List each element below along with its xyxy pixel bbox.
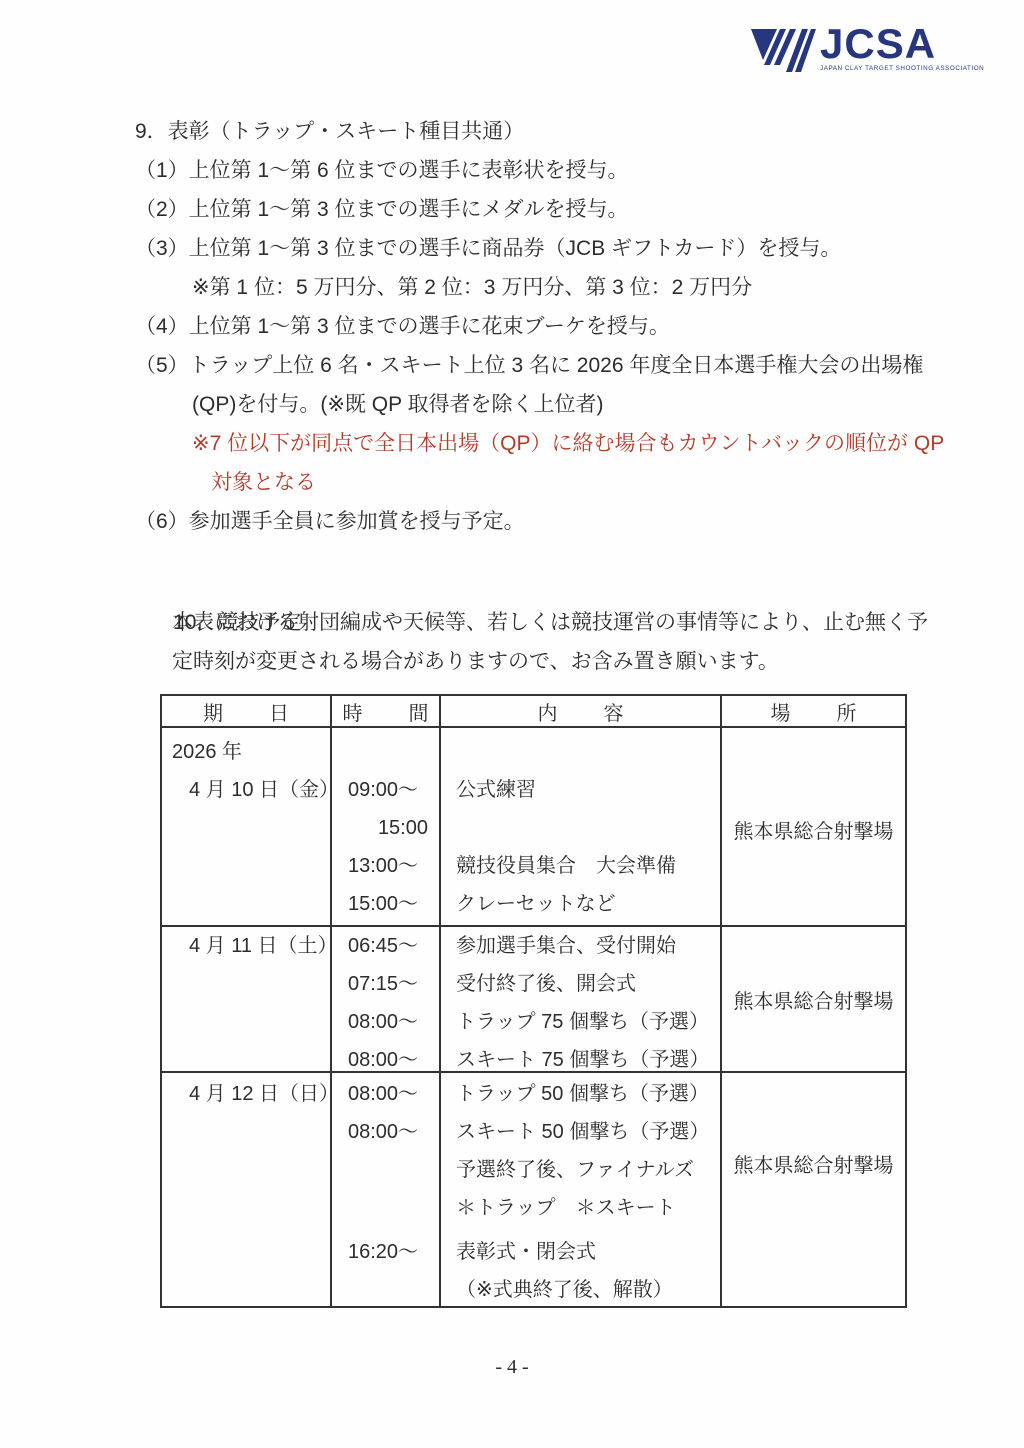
section-9-item-2: （2）上位第 1～第 3 位までの選手にメダルを授与。	[0, 190, 1024, 229]
time-line: 15:00	[332, 809, 439, 847]
time-line: 06:45～	[332, 927, 439, 965]
place-cell: 熊本県総合射撃場	[722, 1073, 905, 1306]
time-line: 08:00～	[332, 1041, 439, 1071]
section-10-heading-line: 10.競技予定	[0, 564, 1024, 603]
place-label: 熊本県総合射撃場	[734, 1149, 894, 1178]
place-cell: 熊本県総合射撃場	[722, 728, 905, 925]
page-number: - 4 -	[0, 1356, 1024, 1379]
content-line: 参加選手集合、受付開始	[441, 927, 720, 965]
date-line: 4 月 10 日（金）	[162, 771, 330, 809]
time-line: 13:00～	[332, 847, 439, 885]
section-9-item-6: （6）参加選手全員に参加賞を授与予定。	[0, 502, 1024, 541]
content-cell: 公式練習 競技役員集合 大会準備 クレーセットなど	[441, 728, 722, 925]
time-line	[332, 733, 439, 771]
table-header-content: 内 容	[441, 696, 722, 726]
time-cell: 08:00～ 08:00～ 16:20～	[332, 1073, 441, 1306]
content-line	[441, 733, 720, 771]
time-line: 08:00～	[332, 1003, 439, 1041]
date-cell: 2026 年 4 月 10 日（金）	[162, 728, 332, 925]
content-cell: トラップ 50 個撃ち（予選） スキート 50 個撃ち（予選） 予選終了後、ファ…	[441, 1073, 722, 1306]
jcsa-logo: JCSA JAPAN CLAY TARGET SHOOTING ASSOCIAT…	[750, 24, 984, 80]
document-page: JCSA JAPAN CLAY TARGET SHOOTING ASSOCIAT…	[0, 0, 1024, 1448]
time-line: 15:00～	[332, 885, 439, 923]
place-cell: 熊本県総合射撃場	[722, 927, 905, 1071]
section-9-item-1: （1）上位第 1～第 6 位までの選手に表彰状を授与。	[0, 151, 1024, 190]
content-line: 競技役員集合 大会準備	[441, 847, 720, 885]
content-line: スキート 75 個撃ち（予選）	[441, 1041, 720, 1071]
document-content: 9．表彰（トラップ・スキート種目共通） （1）上位第 1～第 6 位までの選手に…	[0, 112, 1024, 1308]
content-line: クレーセットなど	[441, 885, 720, 923]
time-line	[332, 1151, 439, 1189]
section-9-item-4: （4）上位第 1～第 3 位までの選手に花束ブーケを授与。	[0, 307, 1024, 346]
time-line	[332, 1189, 439, 1227]
time-line: 08:00～	[332, 1075, 439, 1113]
table-row-apr12: 4 月 12 日（日） 08:00～ 08:00～ 16:20～ トラップ 50…	[162, 1073, 905, 1306]
content-cell: 参加選手集合、受付開始 受付終了後、開会式 トラップ 75 個撃ち（予選） スキ…	[441, 927, 722, 1071]
table-header-row: 期 日 時 間 内 容 場 所	[162, 696, 905, 728]
content-line: 予選終了後、ファイナルズ	[441, 1151, 720, 1189]
section-9-heading: 9．表彰（トラップ・スキート種目共通）	[0, 112, 1024, 151]
schedule-table: 期 日 時 間 内 容 場 所 2026 年 4 月 10 日（金） 09:00…	[160, 694, 907, 1308]
time-line: 09:00～	[332, 771, 439, 809]
content-line: （※式典終了後、解散）	[441, 1271, 720, 1306]
section-9-warning-line-2: 対象となる	[0, 463, 1024, 502]
jcsa-logo-caption: JAPAN CLAY TARGET SHOOTING ASSOCIATION	[820, 65, 984, 72]
place-label: 熊本県総合射撃場	[734, 815, 894, 844]
section-10-note-line-2: 定時刻が変更される場合がありますので、お含み置き願います。	[0, 642, 1024, 681]
jcsa-logo-textblock: JCSA JAPAN CLAY TARGET SHOOTING ASSOCIAT…	[820, 24, 984, 72]
section-9-item-3-note: ※第 1 位：5 万円分、第 2 位：3 万円分、第 3 位：2 万円分	[0, 268, 1024, 307]
content-line: ＊トラップ ＊スキート	[441, 1189, 720, 1227]
date-line: 4 月 12 日（日）	[162, 1075, 330, 1113]
table-row-apr10: 2026 年 4 月 10 日（金） 09:00～ 15:00 13:00～ 1…	[162, 728, 905, 927]
table-row-apr11: 4 月 11 日（土） 06:45～ 07:15～ 08:00～ 08:00～ …	[162, 927, 905, 1073]
date-line: 4 月 11 日（土）	[162, 927, 330, 965]
jcsa-logo-mark-icon	[750, 24, 816, 80]
section-9-warning-line-1: ※7 位以下が同点で全日本出場（QP）に絡む場合もカウントバックの順位が QP	[0, 424, 1024, 463]
section-9-item-5-cont: (QP)を付与。(※既 QP 取得者を除く上位者)	[0, 385, 1024, 424]
time-line: 07:15～	[332, 965, 439, 1003]
jcsa-logo-text: JCSA	[820, 24, 984, 64]
time-line: 16:20～	[332, 1233, 439, 1271]
table-header-date: 期 日	[162, 696, 332, 726]
date-line: 2026 年	[162, 733, 330, 771]
content-line: 受付終了後、開会式	[441, 965, 720, 1003]
section-9-item-5: （5）トラップ上位 6 名・スキート上位 3 名に 2026 年度全日本選手権大…	[0, 346, 1024, 385]
time-cell: 09:00～ 15:00 13:00～ 15:00～	[332, 728, 441, 925]
date-cell: 4 月 12 日（日）	[162, 1073, 332, 1306]
content-line: 表彰式・閉会式	[441, 1233, 720, 1271]
content-line: 公式練習	[441, 771, 720, 809]
content-line: スキート 50 個撃ち（予選）	[441, 1113, 720, 1151]
time-line	[332, 1271, 439, 1306]
section-9-item-3: （3）上位第 1～第 3 位までの選手に商品券（JCB ギフトカード）を授与。	[0, 229, 1024, 268]
content-line: トラップ 75 個撃ち（予選）	[441, 1003, 720, 1041]
table-header-time: 時 間	[332, 696, 441, 726]
time-line: 08:00～	[332, 1113, 439, 1151]
table-header-place: 場 所	[722, 696, 905, 726]
date-cell: 4 月 11 日（土）	[162, 927, 332, 1071]
content-line	[441, 809, 720, 847]
place-label: 熊本県総合射撃場	[734, 985, 894, 1014]
time-cell: 06:45～ 07:15～ 08:00～ 08:00～	[332, 927, 441, 1071]
content-line: トラップ 50 個撃ち（予選）	[441, 1075, 720, 1113]
